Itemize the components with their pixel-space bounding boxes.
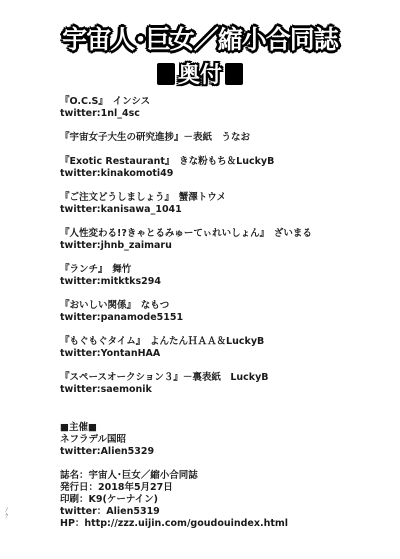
- black-block-left: [157, 63, 175, 85]
- subtitle: 奥付: [0, 58, 400, 89]
- credits-list: 『O.C.S』 インシス twitter:1nl_4sc 『宇宙女子大生の研究進…: [60, 96, 390, 530]
- work-title: 『人性変わる!?きゃとるみゅーてぃれいしょん』 ざいまる: [60, 228, 390, 240]
- twitter-handle: twitter:panamode5151: [60, 312, 390, 324]
- organizer-section: ■主催■ ネフラデル国昭 twitter:Alien5329: [60, 422, 390, 458]
- credit-entry: 『ランチ』 舞竹 twitter:mitktks294: [60, 264, 390, 288]
- credit-entry: 『人性変わる!?きゃとるみゅーてぃれいしょん』 ざいまる twitter:jhn…: [60, 228, 390, 252]
- work-title: 『おいしい関係』 なもつ: [60, 300, 390, 312]
- organizer-twitter: twitter:Alien5329: [60, 446, 390, 458]
- credit-entry: 『ご注文どうしましょう』 蟹澤トウメ twitter:kanisawa_1041: [60, 192, 390, 216]
- credit-entry: 『スペースオークション３』－裏表紙 LuckyB twitter:saemoni…: [60, 372, 390, 396]
- colophon-twitter: twitter：Alien5319: [60, 506, 390, 518]
- subtitle-text: 奥付: [178, 58, 222, 89]
- organizer-name: ネフラデル国昭: [60, 434, 390, 446]
- corner-mark: ﾉｸ: [5, 508, 8, 520]
- twitter-handle: twitter:1nl_4sc: [60, 108, 390, 120]
- organizer-heading: ■主催■: [60, 422, 390, 434]
- twitter-handle: twitter:kanisawa_1041: [60, 204, 390, 216]
- work-title: 『ランチ』 舞竹: [60, 264, 390, 276]
- twitter-handle: twitter:kinakomoti49: [60, 168, 390, 180]
- twitter-handle: twitter:mitktks294: [60, 276, 390, 288]
- colophon-section: 誌名：宇宙人･巨女／縮小合同誌 発行日：2018年5月27日 印刷：K9(ケーナ…: [60, 470, 390, 530]
- publication-title: 誌名：宇宙人･巨女／縮小合同誌: [60, 470, 390, 482]
- work-title: 『もぐもぐタイム』 よんたんＨＡＡ＆LuckyB: [60, 336, 390, 348]
- page-title: 宇宙人･巨女／縮小合同誌: [0, 20, 400, 56]
- credit-entry: 『もぐもぐタイム』 よんたんＨＡＡ＆LuckyB twitter:YontanH…: [60, 336, 390, 360]
- twitter-handle: twitter:YontanHAA: [60, 348, 390, 360]
- homepage-url: HP：http://zzz.uijin.com/goudouindex.html: [60, 518, 390, 530]
- credit-entry: 『Exotic Restaurant』 きな粉もち＆LuckyB twitter…: [60, 156, 390, 180]
- work-title: 『Exotic Restaurant』 きな粉もち＆LuckyB: [60, 156, 390, 168]
- work-title: 『スペースオークション３』－裏表紙 LuckyB: [60, 372, 390, 384]
- credit-entry: 『宇宙女子大生の研究進捗』－表紙 うなお: [60, 132, 390, 144]
- credit-entry: 『おいしい関係』 なもつ twitter:panamode5151: [60, 300, 390, 324]
- work-title: 『ご注文どうしましょう』 蟹澤トウメ: [60, 192, 390, 204]
- twitter-handle: twitter:saemonik: [60, 384, 390, 396]
- publication-date: 発行日：2018年5月27日: [60, 482, 390, 494]
- printer: 印刷：K9(ケーナイン): [60, 494, 390, 506]
- work-title: 『O.C.S』 インシス: [60, 96, 390, 108]
- credit-entry: 『O.C.S』 インシス twitter:1nl_4sc: [60, 96, 390, 120]
- black-block-right: [225, 63, 243, 85]
- twitter-handle: twitter:jhnb_zaimaru: [60, 240, 390, 252]
- work-title: 『宇宙女子大生の研究進捗』－表紙 うなお: [60, 132, 390, 144]
